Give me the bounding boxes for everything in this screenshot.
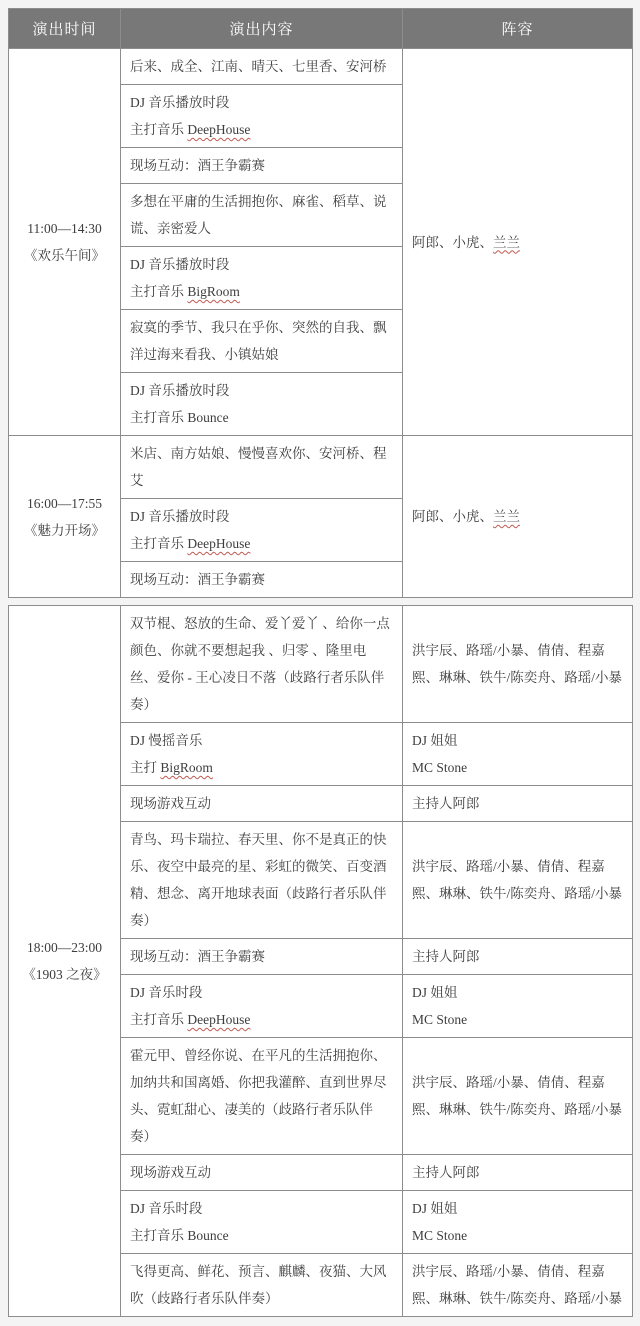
text-line: DJ 音乐播放时段 [130, 377, 393, 404]
content-cell: 现场互动：酒王争霸赛 [121, 939, 403, 975]
content-cell: 双节棍、怒放的生命、爱丫爱丫 、给你一点颜色、你就不要想起我 、归零 、隆里电丝… [121, 606, 403, 723]
content-cell: 现场互动：酒王争霸赛 [121, 148, 403, 184]
text-line: 《魅力开场》 [13, 517, 116, 544]
spellcheck-underline: DeepHouse [187, 1012, 250, 1027]
text-line: 主持人阿郎 [412, 943, 623, 970]
text-line: 阿郎、小虎、兰兰 [412, 229, 623, 256]
time-cell: 18:00—23:00《1903 之夜》 [9, 606, 121, 1317]
lineup-cell: 主持人阿郎 [403, 939, 633, 975]
content-cell: 现场游戏互动 [121, 1155, 403, 1191]
text-line: 现场互动：酒王争霸赛 [130, 943, 393, 970]
text-line: 主打音乐 DeepHouse [130, 116, 393, 143]
content-cell: 多想在平庸的生活拥抱你、麻雀、稻草、说谎、亲密爱人 [121, 184, 403, 247]
lineup-cell: 阿郎、小虎、兰兰 [403, 49, 633, 436]
text-line: 双节棍、怒放的生命、爱丫爱丫 、给你一点颜色、你就不要想起我 、归零 、隆里电丝… [130, 610, 393, 718]
time-cell: 16:00—17:55《魅力开场》 [9, 436, 121, 598]
schedule-tables-container: 演出时间演出内容阵容11:00—14:30《欢乐午间》后来、成全、江南、晴天、七… [8, 8, 632, 1317]
column-header-lineup: 阵容 [403, 9, 633, 49]
text-line: 11:00—14:30 [13, 215, 116, 242]
text-line: MC Stone [412, 1006, 623, 1033]
text-line: 《1903 之夜》 [13, 961, 116, 988]
column-header-content: 演出内容 [121, 9, 403, 49]
text-line: 现场互动：酒王争霸赛 [130, 566, 393, 593]
text-line: 洪宇辰、路瑶/小暴、倩倩、程嘉熙、琳琳、铁牛/陈奕舟、路瑶/小暴 [412, 1069, 623, 1123]
time-cell: 11:00—14:30《欢乐午间》 [9, 49, 121, 436]
text-line: 霍元甲、曾经你说、在平凡的生活拥抱你、加纳共和国离婚、你把我灌醉、直到世界尽头、… [130, 1042, 393, 1150]
text-line: 阿郎、小虎、兰兰 [412, 503, 623, 530]
schedule-page: 演出时间演出内容阵容11:00—14:30《欢乐午间》后来、成全、江南、晴天、七… [0, 0, 640, 1326]
text-line: DJ 姐姐 [412, 979, 623, 1006]
text-line: 《欢乐午间》 [13, 242, 116, 269]
text-line: 18:00—23:00 [13, 934, 116, 961]
text-line: DJ 音乐播放时段 [130, 251, 393, 278]
content-cell: DJ 音乐播放时段主打音乐 DeepHouse [121, 85, 403, 148]
content-cell: 青鸟、玛卡瑞拉、春天里、你不是真正的快乐、夜空中最亮的星、彩虹的微笑、百变酒精、… [121, 822, 403, 939]
text-line: 多想在平庸的生活拥抱你、麻雀、稻草、说谎、亲密爱人 [130, 188, 393, 242]
performance-schedule-table: 演出时间演出内容阵容11:00—14:30《欢乐午间》后来、成全、江南、晴天、七… [8, 8, 633, 598]
text-line: 青鸟、玛卡瑞拉、春天里、你不是真正的快乐、夜空中最亮的星、彩虹的微笑、百变酒精、… [130, 826, 393, 934]
content-cell: DJ 音乐时段主打音乐 Bounce [121, 1191, 403, 1254]
spellcheck-underline: DeepHouse [187, 536, 250, 551]
text-line: 主持人阿郎 [412, 790, 623, 817]
text-line: DJ 姐姐 [412, 1195, 623, 1222]
text-line: DJ 音乐时段 [130, 979, 393, 1006]
content-cell: DJ 慢摇音乐主打 BigRoom [121, 723, 403, 786]
lineup-cell: 阿郎、小虎、兰兰 [403, 436, 633, 598]
spellcheck-underline: 兰兰 [493, 235, 520, 250]
lineup-cell: DJ 姐姐MC Stone [403, 723, 633, 786]
text-line: 洪宇辰、路瑶/小暴、倩倩、程嘉熙、琳琳、铁牛/陈奕舟、路瑶/小暴 [412, 853, 623, 907]
text-line: 洪宇辰、路瑶/小暴、倩倩、程嘉熙、琳琳、铁牛/陈奕舟、路瑶/小暴 [412, 637, 623, 691]
header-row: 演出时间演出内容阵容 [9, 9, 633, 49]
spellcheck-underline: DeepHouse [187, 122, 250, 137]
text-line: 主持人阿郎 [412, 1159, 623, 1186]
content-cell: 寂寞的季节、我只在乎你、突然的自我、飘洋过海来看我、小镇姑娘 [121, 310, 403, 373]
spellcheck-underline: 兰兰 [493, 509, 520, 524]
table-row: 16:00—17:55《魅力开场》米店、南方姑娘、慢慢喜欢你、安河桥、程艾阿郎、… [9, 436, 633, 499]
table-row: 11:00—14:30《欢乐午间》后来、成全、江南、晴天、七里香、安河桥阿郎、小… [9, 49, 633, 85]
content-cell: 飞得更高、鲜花、预言、麒麟、夜猫、大风吹（歧路行者乐队伴奏） [121, 1254, 403, 1317]
text-line: 现场游戏互动 [130, 1159, 393, 1186]
text-line: 主打音乐 Bounce [130, 404, 393, 431]
text-line: DJ 慢摇音乐 [130, 727, 393, 754]
text-line: MC Stone [412, 754, 623, 781]
text-line: 主打音乐 DeepHouse [130, 1006, 393, 1033]
text-line: 洪宇辰、路瑶/小暴、倩倩、程嘉熙、琳琳、铁牛/陈奕舟、路瑶/小暴 [412, 1258, 623, 1312]
lineup-cell: 洪宇辰、路瑶/小暴、倩倩、程嘉熙、琳琳、铁牛/陈奕舟、路瑶/小暴 [403, 1038, 633, 1155]
text-line: 现场互动：酒王争霸赛 [130, 152, 393, 179]
text-line: 米店、南方姑娘、慢慢喜欢你、安河桥、程艾 [130, 440, 393, 494]
text-line: 飞得更高、鲜花、预言、麒麟、夜猫、大风吹（歧路行者乐队伴奏） [130, 1258, 393, 1312]
text-line: DJ 音乐时段 [130, 1195, 393, 1222]
lineup-cell: 洪宇辰、路瑶/小暴、倩倩、程嘉熙、琳琳、铁牛/陈奕舟、路瑶/小暴 [403, 606, 633, 723]
table-row: 18:00—23:00《1903 之夜》双节棍、怒放的生命、爱丫爱丫 、给你一点… [9, 606, 633, 723]
content-cell: 现场游戏互动 [121, 786, 403, 822]
column-header-time: 演出时间 [9, 9, 121, 49]
content-cell: DJ 音乐时段主打音乐 DeepHouse [121, 975, 403, 1038]
lineup-cell: 洪宇辰、路瑶/小暴、倩倩、程嘉熙、琳琳、铁牛/陈奕舟、路瑶/小暴 [403, 822, 633, 939]
content-cell: DJ 音乐播放时段主打音乐 Bounce [121, 373, 403, 436]
performance-schedule-table: 18:00—23:00《1903 之夜》双节棍、怒放的生命、爱丫爱丫 、给你一点… [8, 605, 633, 1317]
content-cell: 后来、成全、江南、晴天、七里香、安河桥 [121, 49, 403, 85]
spellcheck-underline: BigRoom [187, 284, 240, 299]
text-line: 16:00—17:55 [13, 490, 116, 517]
lineup-cell: 主持人阿郎 [403, 1155, 633, 1191]
text-line: DJ 音乐播放时段 [130, 503, 393, 530]
content-cell: 现场互动：酒王争霸赛 [121, 562, 403, 598]
content-cell: 米店、南方姑娘、慢慢喜欢你、安河桥、程艾 [121, 436, 403, 499]
text-line: 后来、成全、江南、晴天、七里香、安河桥 [130, 53, 393, 80]
content-cell: DJ 音乐播放时段主打音乐 BigRoom [121, 247, 403, 310]
lineup-cell: 洪宇辰、路瑶/小暴、倩倩、程嘉熙、琳琳、铁牛/陈奕舟、路瑶/小暴 [403, 1254, 633, 1317]
lineup-cell: DJ 姐姐MC Stone [403, 975, 633, 1038]
text-line: 现场游戏互动 [130, 790, 393, 817]
text-line: 主打音乐 BigRoom [130, 278, 393, 305]
text-line: 主打 BigRoom [130, 754, 393, 781]
content-cell: DJ 音乐播放时段主打音乐 DeepHouse [121, 499, 403, 562]
lineup-cell: 主持人阿郎 [403, 786, 633, 822]
text-line: DJ 姐姐 [412, 727, 623, 754]
lineup-cell: DJ 姐姐MC Stone [403, 1191, 633, 1254]
text-line: DJ 音乐播放时段 [130, 89, 393, 116]
text-line: 主打音乐 Bounce [130, 1222, 393, 1249]
text-line: 寂寞的季节、我只在乎你、突然的自我、飘洋过海来看我、小镇姑娘 [130, 314, 393, 368]
text-line: MC Stone [412, 1222, 623, 1249]
spellcheck-underline: BigRoom [160, 760, 213, 775]
content-cell: 霍元甲、曾经你说、在平凡的生活拥抱你、加纳共和国离婚、你把我灌醉、直到世界尽头、… [121, 1038, 403, 1155]
text-line: 主打音乐 DeepHouse [130, 530, 393, 557]
